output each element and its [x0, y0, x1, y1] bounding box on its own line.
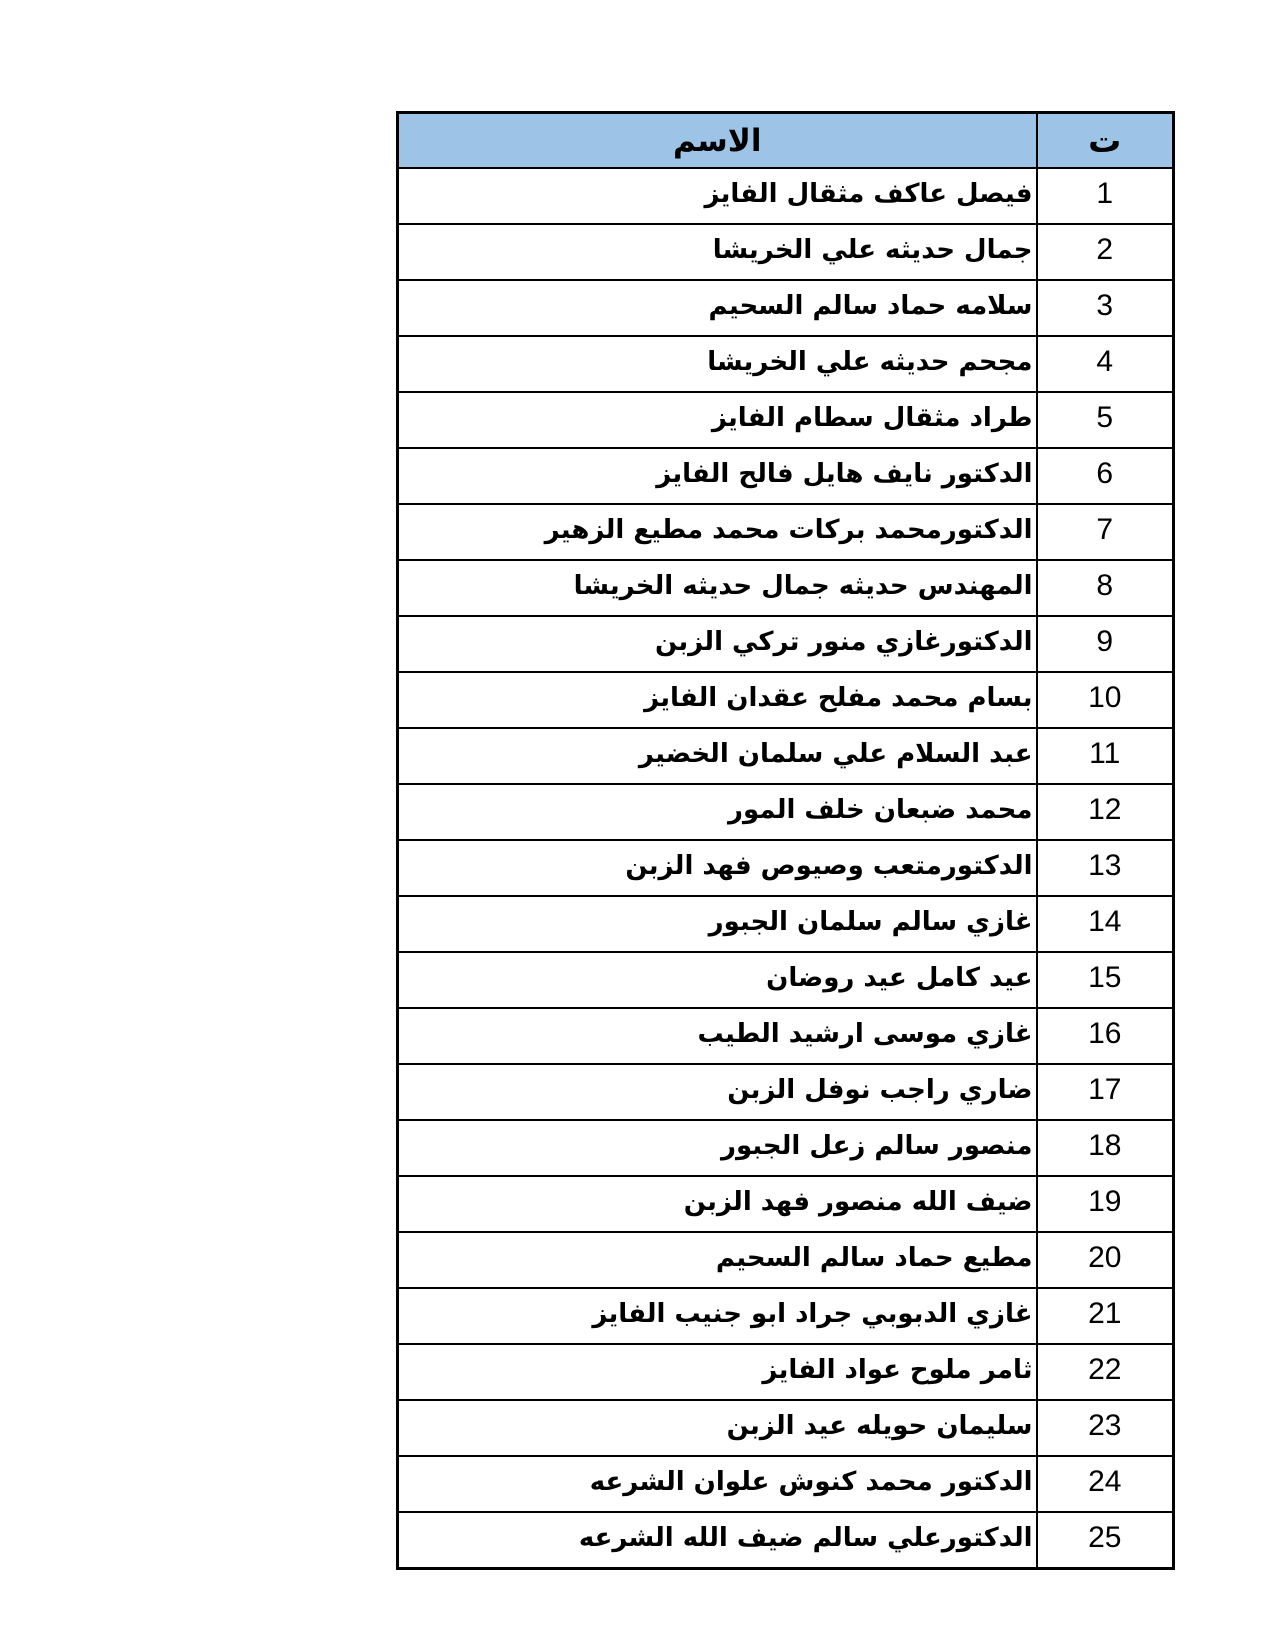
- table-row: 25 الدكتورعلي سالم ضيف الله الشرعه: [398, 1512, 1174, 1569]
- table-row: 21 غازي الدبوبي جراد ابو جنيب الفايز: [398, 1288, 1174, 1344]
- row-name: الدكتورعلي سالم ضيف الله الشرعه: [398, 1512, 1037, 1569]
- row-name: المهندس حديثه جمال حديثه الخريشا: [398, 560, 1037, 616]
- row-name: الدكتورمتعب وصيوص فهد الزبن: [398, 840, 1037, 896]
- row-index: 19: [1037, 1176, 1174, 1232]
- row-name: غازي سالم سلمان الجبور: [398, 896, 1037, 952]
- row-name: غازي الدبوبي جراد ابو جنيب الفايز: [398, 1288, 1037, 1344]
- table-row: 1 فيصل عاكف مثقال الفايز: [398, 168, 1174, 224]
- table-row: 2 جمال حديثه علي الخريشا: [398, 224, 1174, 280]
- table-row: 5 طراد مثقال سطام الفايز: [398, 392, 1174, 448]
- row-name: مجحم حديثه علي الخريشا: [398, 336, 1037, 392]
- row-name: محمد ضبعان خلف المور: [398, 784, 1037, 840]
- row-name: سليمان حويله عيد الزبن: [398, 1400, 1037, 1456]
- row-name: ثامر ملوح عواد الفايز: [398, 1344, 1037, 1400]
- row-name: عيد كامل عيد روضان: [398, 952, 1037, 1008]
- row-index: 5: [1037, 392, 1174, 448]
- table-row: 22 ثامر ملوح عواد الفايز: [398, 1344, 1174, 1400]
- row-index: 8: [1037, 560, 1174, 616]
- row-index: 24: [1037, 1456, 1174, 1512]
- row-index: 6: [1037, 448, 1174, 504]
- table-row: 18 منصور سالم زعل الجبور: [398, 1120, 1174, 1176]
- row-name: جمال حديثه علي الخريشا: [398, 224, 1037, 280]
- row-name: بسام محمد مفلح عقدان الفايز: [398, 672, 1037, 728]
- row-name: الدكتورغازي منور تركي الزبن: [398, 616, 1037, 672]
- table-row: 14 غازي سالم سلمان الجبور: [398, 896, 1174, 952]
- table-row: 17 ضاري راجب نوفل الزبن: [398, 1064, 1174, 1120]
- index-column-header: ت: [1037, 113, 1174, 169]
- row-index: 22: [1037, 1344, 1174, 1400]
- table-row: 13 الدكتورمتعب وصيوص فهد الزبن: [398, 840, 1174, 896]
- row-index: 7: [1037, 504, 1174, 560]
- table-body: 1 فيصل عاكف مثقال الفايز 2 جمال حديثه عل…: [398, 168, 1174, 1569]
- table-row: 12 محمد ضبعان خلف المور: [398, 784, 1174, 840]
- row-index: 13: [1037, 840, 1174, 896]
- row-index: 12: [1037, 784, 1174, 840]
- table-row: 19 ضيف الله منصور فهد الزبن: [398, 1176, 1174, 1232]
- table-row: 24 الدكتور محمد كنوش علوان الشرعه: [398, 1456, 1174, 1512]
- row-index: 23: [1037, 1400, 1174, 1456]
- table-row: 23 سليمان حويله عيد الزبن: [398, 1400, 1174, 1456]
- table-row: 8 المهندس حديثه جمال حديثه الخريشا: [398, 560, 1174, 616]
- row-index: 3: [1037, 280, 1174, 336]
- table-row: 4 مجحم حديثه علي الخريشا: [398, 336, 1174, 392]
- row-name: طراد مثقال سطام الفايز: [398, 392, 1037, 448]
- row-name: الدكتور نايف هايل فالح الفايز: [398, 448, 1037, 504]
- row-index: 1: [1037, 168, 1174, 224]
- table-row: 3 سلامه حماد سالم السحيم: [398, 280, 1174, 336]
- row-index: 21: [1037, 1288, 1174, 1344]
- table-row: 7 الدكتورمحمد بركات محمد مطيع الزهير: [398, 504, 1174, 560]
- row-name: الدكتورمحمد بركات محمد مطيع الزهير: [398, 504, 1037, 560]
- table-row: 10 بسام محمد مفلح عقدان الفايز: [398, 672, 1174, 728]
- table-row: 9 الدكتورغازي منور تركي الزبن: [398, 616, 1174, 672]
- row-index: 4: [1037, 336, 1174, 392]
- names-table: ت الاسم 1 فيصل عاكف مثقال الفايز 2 جمال …: [396, 111, 1175, 1570]
- row-name: مطيع حماد سالم السحيم: [398, 1232, 1037, 1288]
- table-row: 6 الدكتور نايف هايل فالح الفايز: [398, 448, 1174, 504]
- table-row: 16 غازي موسى ارشيد الطيب: [398, 1008, 1174, 1064]
- row-index: 16: [1037, 1008, 1174, 1064]
- row-name: فيصل عاكف مثقال الفايز: [398, 168, 1037, 224]
- row-index: 11: [1037, 728, 1174, 784]
- row-index: 15: [1037, 952, 1174, 1008]
- row-index: 2: [1037, 224, 1174, 280]
- row-name: الدكتور محمد كنوش علوان الشرعه: [398, 1456, 1037, 1512]
- row-name: غازي موسى ارشيد الطيب: [398, 1008, 1037, 1064]
- row-name: ضاري راجب نوفل الزبن: [398, 1064, 1037, 1120]
- table-row: 20 مطيع حماد سالم السحيم: [398, 1232, 1174, 1288]
- row-name: منصور سالم زعل الجبور: [398, 1120, 1037, 1176]
- row-index: 14: [1037, 896, 1174, 952]
- table-header-row: ت الاسم: [398, 113, 1174, 169]
- row-name: سلامه حماد سالم السحيم: [398, 280, 1037, 336]
- row-index: 18: [1037, 1120, 1174, 1176]
- table-row: 15 عيد كامل عيد روضان: [398, 952, 1174, 1008]
- row-index: 9: [1037, 616, 1174, 672]
- document-page: ت الاسم 1 فيصل عاكف مثقال الفايز 2 جمال …: [0, 0, 1275, 1650]
- row-index: 25: [1037, 1512, 1174, 1569]
- name-column-header: الاسم: [398, 113, 1037, 169]
- row-index: 10: [1037, 672, 1174, 728]
- row-name: ضيف الله منصور فهد الزبن: [398, 1176, 1037, 1232]
- row-index: 17: [1037, 1064, 1174, 1120]
- table-row: 11 عبد السلام علي سلمان الخضير: [398, 728, 1174, 784]
- row-name: عبد السلام علي سلمان الخضير: [398, 728, 1037, 784]
- row-index: 20: [1037, 1232, 1174, 1288]
